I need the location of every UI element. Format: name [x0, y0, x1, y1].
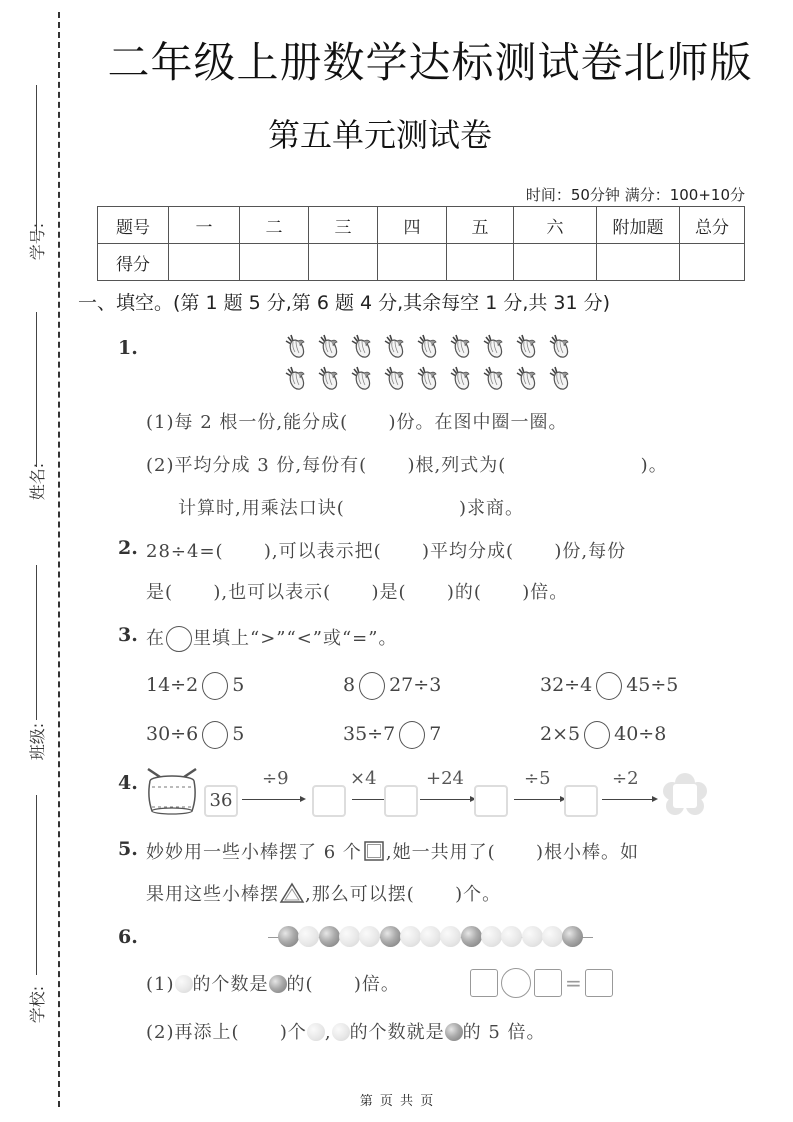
compare-left: 8	[343, 674, 355, 696]
light-bead-icon	[440, 926, 461, 947]
corn-icon	[349, 365, 373, 391]
operation-label: ÷2	[612, 768, 639, 789]
light-bead-icon	[481, 926, 502, 947]
name-label: 姓名:	[25, 463, 48, 500]
score-table-score-row: 得分	[98, 244, 745, 281]
school-line[interactable]	[36, 795, 37, 975]
score-table-header-row: 题号 一 二 三 四 五 六 附加题 总分	[98, 207, 745, 244]
column-header: 五	[447, 207, 514, 244]
chain-answer-box[interactable]	[312, 785, 346, 817]
score-cell[interactable]	[597, 244, 680, 281]
class-line[interactable]	[36, 565, 37, 720]
q6-p2-mid2: 的个数就是	[350, 1022, 445, 1043]
column-header: 六	[514, 207, 597, 244]
equation-operator-circle-input[interactable]	[501, 968, 531, 998]
compare-item: 30÷65	[146, 721, 244, 749]
equation-boxes: =	[470, 967, 613, 999]
corn-illustration	[283, 333, 580, 391]
q6-p1-mid: 的个数是	[193, 974, 269, 995]
column-header: 三	[309, 207, 378, 244]
q5-line2-post: ,那么可以摆( )个。	[305, 884, 501, 905]
q6-part2: (2)再添上( )个,的个数就是的 5 倍。	[146, 1018, 546, 1044]
question-number: 3.	[118, 624, 138, 646]
q2-line1-text: 28÷4=( ),可以表示把( )平均分成( )份,每份	[146, 537, 626, 563]
compare-right: 45÷5	[626, 674, 678, 696]
compare-item: 35÷77	[343, 721, 441, 749]
corn-icon	[448, 365, 472, 391]
corn-icon	[547, 365, 571, 391]
operation-label: ×4	[350, 768, 377, 789]
column-header: 一	[169, 207, 240, 244]
light-bead-icon	[420, 926, 441, 947]
chain-answer-box[interactable]	[474, 785, 508, 817]
q6-part1: (1)的个数是的( )倍。	[146, 970, 400, 996]
arrow-icon	[420, 799, 474, 800]
compare-left: 30÷6	[146, 723, 198, 745]
corn-icon	[547, 333, 571, 359]
compare-circle-input[interactable]	[596, 672, 622, 700]
corn-icon	[283, 365, 307, 391]
flower-icon[interactable]	[662, 773, 708, 817]
compare-right: 7	[429, 723, 441, 745]
score-cell[interactable]	[169, 244, 240, 281]
equals-sign: =	[565, 971, 582, 995]
light-bead-icon	[332, 1023, 350, 1041]
corn-icon	[514, 333, 538, 359]
dark-bead-icon	[445, 1023, 463, 1041]
column-header: 附加题	[597, 207, 680, 244]
name-line[interactable]	[36, 312, 37, 467]
student-id-line[interactable]	[36, 85, 37, 235]
chain-start-box: 36	[204, 785, 238, 817]
compare-left: 32÷4	[540, 674, 592, 696]
score-cell[interactable]	[240, 244, 309, 281]
score-cell[interactable]	[447, 244, 514, 281]
compare-item: 14÷25	[146, 672, 244, 700]
operation-label: +24	[426, 768, 464, 789]
bead-string-illustration	[268, 925, 593, 949]
compare-right: 27÷3	[389, 674, 441, 696]
light-bead-icon	[542, 926, 563, 947]
light-bead-icon	[359, 926, 380, 947]
compare-item: 827÷3	[343, 672, 441, 700]
dark-bead-icon	[278, 926, 299, 947]
equation-box-input[interactable]	[534, 969, 562, 997]
page-footer: 第 页 共 页	[0, 1090, 793, 1109]
chain-answer-box[interactable]	[564, 785, 598, 817]
dark-bead-icon	[562, 926, 583, 947]
arrow-icon	[602, 799, 656, 800]
column-header: 总分	[680, 207, 745, 244]
section-heading: 一、填空。(第 1 题 5 分,第 6 题 4 分,其余每空 1 分,共 31 …	[78, 288, 610, 315]
light-bead-icon	[400, 926, 421, 947]
light-bead-icon	[522, 926, 543, 947]
question-number: 1.	[118, 337, 138, 359]
q6-p2-prefix: (2)再添上( )个	[146, 1022, 307, 1043]
q3-instruction-pre: 在	[146, 628, 165, 649]
compare-item: 32÷445÷5	[540, 672, 678, 700]
q5-line2: 果用这些小棒摆,那么可以摆( )个。	[146, 880, 501, 906]
page-subtitle: 第五单元测试卷	[100, 110, 660, 156]
q1-part2-text: (2)平均分成 3 份,每份有( )根,列式为( )。	[146, 451, 668, 477]
equation-result-box-input[interactable]	[585, 969, 613, 997]
compare-circle-input[interactable]	[399, 721, 425, 749]
student-id-label: 学号:	[25, 223, 48, 260]
corn-icon	[481, 365, 505, 391]
q1-part1-text: (1)每 2 根一份,能分成( )份。在图中圈一圈。	[146, 408, 568, 434]
question-number: 6.	[118, 926, 138, 948]
dark-bead-icon	[380, 926, 401, 947]
q2-line2-text: 是( ),也可以表示( )是( )的( )倍。	[146, 578, 568, 604]
corn-icon	[283, 333, 307, 359]
compare-left: 14÷2	[146, 674, 198, 696]
arrow-icon	[514, 799, 564, 800]
operation-chain: 36 ÷9 ×4 +24 ÷5 ÷2	[144, 765, 714, 821]
compare-left: 35÷7	[343, 723, 395, 745]
q5-line1: 妙妙用一些小棒摆了 6 个,她一共用了( )根小棒。如	[146, 838, 639, 864]
dark-bead-icon	[269, 975, 287, 993]
q3-instruction-post: 里填上“>”“<”或“=”。	[193, 628, 397, 649]
drum-icon	[144, 765, 200, 817]
binding-dashed-line	[58, 12, 60, 1107]
score-cell[interactable]	[680, 244, 745, 281]
equation-box-input[interactable]	[470, 969, 498, 997]
light-bead-icon	[175, 975, 193, 993]
question-number: 5.	[118, 838, 138, 860]
stick-triangle-icon	[279, 882, 305, 904]
light-bead-icon	[501, 926, 522, 947]
corn-icon	[448, 333, 472, 359]
compare-circle-input[interactable]	[202, 721, 228, 749]
corn-icon	[514, 365, 538, 391]
light-bead-icon	[339, 926, 360, 947]
q3-instruction: 在里填上“>”“<”或“=”。	[146, 624, 397, 652]
q6-p1-prefix: (1)	[146, 974, 175, 995]
compare-circle-input[interactable]	[202, 672, 228, 700]
column-header: 二	[240, 207, 309, 244]
corn-icon	[316, 365, 340, 391]
row-header-score: 得分	[98, 244, 169, 281]
stick-square-icon	[362, 839, 386, 863]
corn-icon	[316, 333, 340, 359]
compare-right: 40÷8	[614, 723, 666, 745]
q6-p2-mid: ,	[325, 1022, 332, 1043]
score-cell[interactable]	[514, 244, 597, 281]
corn-icon	[382, 333, 406, 359]
q6-p1-suffix: 的( )倍。	[287, 974, 400, 995]
compare-right: 5	[232, 674, 244, 696]
compare-circle-input[interactable]	[584, 721, 610, 749]
operation-label: ÷5	[524, 768, 551, 789]
q5-line2-pre: 果用这些小棒摆	[146, 884, 279, 905]
compare-right: 5	[232, 723, 244, 745]
question-number: 4.	[118, 772, 138, 794]
corn-icon	[382, 365, 406, 391]
corn-icon	[481, 333, 505, 359]
class-label: 班级:	[25, 723, 48, 760]
q5-line1-pre: 妙妙用一些小棒摆了 6 个	[146, 842, 362, 863]
compare-circle-input[interactable]	[359, 672, 385, 700]
compare-item: 2×540÷8	[540, 721, 666, 749]
q6-p2-suffix: 的 5 倍。	[463, 1022, 546, 1043]
compare-left: 2×5	[540, 723, 580, 745]
dark-bead-icon	[461, 926, 482, 947]
corn-icon	[415, 365, 439, 391]
score-cell[interactable]	[309, 244, 378, 281]
circle-icon	[166, 626, 192, 652]
page-title: 二年级上册数学达标测试卷北师版	[100, 30, 760, 90]
question-number: 2.	[118, 537, 138, 559]
q1-part3-text: 计算时,用乘法口诀( )求商。	[178, 494, 524, 520]
dark-bead-icon	[319, 926, 340, 947]
row-header-question: 题号	[98, 207, 169, 244]
light-bead-icon	[298, 926, 319, 947]
operation-label: ÷9	[262, 768, 289, 789]
score-table: 题号 一 二 三 四 五 六 附加题 总分 得分	[97, 206, 745, 281]
chain-answer-box[interactable]	[384, 785, 418, 817]
arrow-icon	[242, 799, 304, 800]
school-label: 学校:	[25, 986, 48, 1023]
exam-meta: 时间：50分钟 满分：100+10分	[526, 184, 745, 205]
corn-icon	[415, 333, 439, 359]
column-header: 四	[378, 207, 447, 244]
q5-line1-post: ,她一共用了( )根小棒。如	[386, 842, 639, 863]
score-cell[interactable]	[378, 244, 447, 281]
light-bead-icon	[307, 1023, 325, 1041]
corn-icon	[349, 333, 373, 359]
